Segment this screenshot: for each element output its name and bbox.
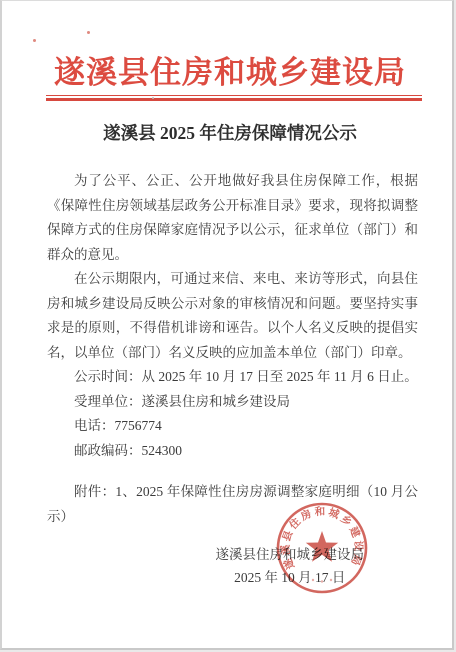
info-line-phone: 电话：7756774 — [47, 414, 418, 439]
document-page: 遂溪县住房和城乡建设局 遂溪县 2025 年住房保障情况公示 为了公平、公正、公… — [0, 0, 454, 650]
info-line-postal-code: 邮政编码：524300 — [47, 439, 418, 464]
signature-block: 遂溪县住房和城乡建设局 2025 年 10 月 17 日 — [216, 543, 365, 589]
scan-speck — [87, 31, 90, 34]
scan-speck — [152, 97, 154, 99]
signature-date: 2025 年 10 月 17 日 — [216, 566, 365, 589]
signature-agency: 遂溪县住房和城乡建设局 — [216, 543, 365, 566]
paragraph: 在公示期限内，可通过来信、来电、来访等形式，向县住房和城乡建设局反映公示对象的审… — [47, 267, 418, 365]
attachment-line: 附件：1、2025 年保障性住房房源调整家庭明细（10 月公示） — [47, 480, 418, 529]
agency-header-title: 遂溪县住房和城乡建设局 — [10, 47, 450, 92]
document-body: 为了公平、公正、公开地做好我县住房保障工作，根据《保障性住房领域基层政务公开标准… — [47, 169, 418, 529]
paragraph: 为了公平、公正、公开地做好我县住房保障工作，根据《保障性住房领域基层政务公开标准… — [47, 169, 418, 267]
info-line-publicity-period: 公示时间：从 2025 年 10 月 17 日至 2025 年 11 月 6 日… — [47, 365, 418, 390]
document-title: 遂溪县 2025 年住房保障情况公示 — [10, 120, 450, 145]
header-rule — [46, 95, 422, 101]
scan-speck — [33, 39, 36, 42]
info-line-accepting-unit: 受理单位：遂溪县住房和城乡建设局 — [47, 390, 418, 415]
